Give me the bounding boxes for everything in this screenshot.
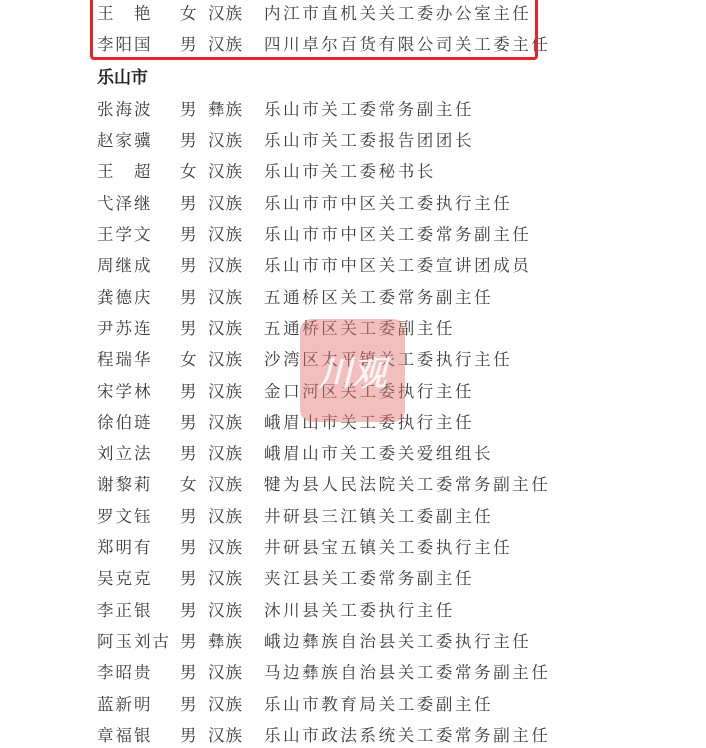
list-row: 张海波男彝族乐山市关工委常务副主任 — [97, 94, 617, 125]
person-name: 罗文钰 — [97, 501, 153, 532]
person-name: 王学文 — [97, 219, 153, 250]
person-name: 刘立法 — [97, 438, 153, 469]
person-ethnicity: 汉族 — [208, 125, 243, 156]
list-row: 吴克克男汉族夹江县关工委常务副主任 — [97, 563, 617, 594]
person-ethnicity: 汉族 — [208, 595, 243, 626]
person-gender: 女 — [180, 469, 197, 500]
person-gender: 男 — [180, 188, 197, 219]
list-row: 章福银男汉族乐山市政法系统关工委常务副主任 — [97, 720, 617, 748]
person-name: 程瑞华 — [97, 344, 153, 375]
person-title: 乐山市关工委常务副主任 — [264, 94, 474, 125]
person-ethnicity: 汉族 — [208, 563, 243, 594]
list-row: 赵家骥男汉族乐山市关工委报告团团长 — [97, 125, 617, 156]
list-row: 李正银男汉族沐川县关工委执行主任 — [97, 595, 617, 626]
person-name: 李正银 — [97, 595, 153, 626]
person-gender: 男 — [180, 563, 197, 594]
person-gender: 女 — [180, 156, 197, 187]
person-gender: 男 — [180, 376, 197, 407]
person-gender: 男 — [180, 657, 197, 688]
person-name: 吴克克 — [97, 563, 153, 594]
list-row: 王 超女汉族乐山市关工委秘书长 — [97, 156, 617, 187]
person-ethnicity: 汉族 — [208, 720, 243, 748]
person-name: 弋泽继 — [97, 188, 153, 219]
person-gender: 男 — [180, 313, 197, 344]
person-gender: 男 — [180, 438, 197, 469]
person-gender: 男 — [180, 501, 197, 532]
person-ethnicity: 彝族 — [208, 626, 243, 657]
person-title: 五通桥区关工委常务副主任 — [264, 282, 493, 313]
list-row: 阿玉刘古男彝族峨边彝族自治县关工委执行主任 — [97, 626, 617, 657]
person-gender: 男 — [180, 125, 197, 156]
person-name: 蓝新明 — [97, 689, 153, 720]
person-ethnicity: 汉族 — [208, 469, 243, 500]
list-row: 蓝新明男汉族乐山市教育局关工委副主任 — [97, 689, 617, 720]
list-row: 周继成男汉族乐山市市中区关工委宣讲团成员 — [97, 250, 617, 281]
person-title: 沐川县关工委执行主任 — [264, 595, 455, 626]
list-row: 龚德庆男汉族五通桥区关工委常务副主任 — [97, 282, 617, 313]
person-name: 郑明有 — [97, 532, 153, 563]
person-title: 井研县宝五镇关工委执行主任 — [264, 532, 512, 563]
person-gender: 女 — [180, 344, 197, 375]
list-row: 谢黎莉女汉族犍为县人民法院关工委常务副主任 — [97, 469, 617, 500]
person-name: 尹苏连 — [97, 313, 153, 344]
person-ethnicity: 汉族 — [208, 657, 243, 688]
watermark-text: 川观 — [319, 346, 387, 395]
person-gender: 男 — [180, 282, 197, 313]
person-ethnicity: 汉族 — [208, 438, 243, 469]
person-gender: 男 — [180, 219, 197, 250]
person-name: 龚德庆 — [97, 282, 153, 313]
person-ethnicity: 汉族 — [208, 407, 243, 438]
person-ethnicity: 汉族 — [208, 219, 243, 250]
person-title: 犍为县人民法院关工委常务副主任 — [264, 469, 551, 500]
list-row: 李昭贵男汉族马边彝族自治县关工委常务副主任 — [97, 657, 617, 688]
person-gender: 男 — [180, 94, 197, 125]
list-row: 郑明有男汉族井研县宝五镇关工委执行主任 — [97, 532, 617, 563]
person-ethnicity: 汉族 — [208, 156, 243, 187]
person-name: 李昭贵 — [97, 657, 153, 688]
person-name: 阿玉刘古 — [97, 626, 171, 657]
person-title: 乐山市教育局关工委副主任 — [264, 689, 493, 720]
person-title: 峨边彝族自治县关工委执行主任 — [264, 626, 531, 657]
highlight-box — [90, 0, 538, 60]
list-row: 王学文男汉族乐山市市中区关工委常务副主任 — [97, 219, 617, 250]
person-gender: 男 — [180, 407, 197, 438]
person-gender: 男 — [180, 720, 197, 748]
person-name: 王 超 — [97, 156, 153, 187]
person-title: 井研县三江镇关工委副主任 — [264, 501, 493, 532]
list-row: 罗文钰男汉族井研县三江镇关工委副主任 — [97, 501, 617, 532]
section-heading-leshan: 乐山市 — [97, 63, 617, 94]
person-ethnicity: 汉族 — [208, 532, 243, 563]
person-title: 峨眉山市关工委关爱组组长 — [264, 438, 493, 469]
person-name: 张海波 — [97, 94, 153, 125]
person-ethnicity: 汉族 — [208, 501, 243, 532]
person-title: 夹江县关工委常务副主任 — [264, 563, 474, 594]
person-ethnicity: 汉族 — [208, 376, 243, 407]
person-title: 乐山市市中区关工委执行主任 — [264, 188, 512, 219]
person-ethnicity: 汉族 — [208, 250, 243, 281]
person-gender: 男 — [180, 532, 197, 563]
person-gender: 男 — [180, 250, 197, 281]
person-name: 谢黎莉 — [97, 469, 153, 500]
list-row: 弋泽继男汉族乐山市市中区关工委执行主任 — [97, 188, 617, 219]
person-name: 宋学林 — [97, 376, 153, 407]
person-ethnicity: 汉族 — [208, 344, 243, 375]
person-gender: 男 — [180, 689, 197, 720]
person-title: 乐山市关工委报告团团长 — [264, 125, 474, 156]
person-ethnicity: 彝族 — [208, 94, 243, 125]
person-title: 乐山市市中区关工委宣讲团成员 — [264, 250, 531, 281]
person-title: 乐山市市中区关工委常务副主任 — [264, 219, 531, 250]
person-ethnicity: 汉族 — [208, 188, 243, 219]
person-name: 赵家骥 — [97, 125, 153, 156]
person-ethnicity: 汉族 — [208, 282, 243, 313]
watermark-logo-icon: 川观 — [300, 319, 405, 422]
person-title: 乐山市政法系统关工委常务副主任 — [264, 720, 551, 748]
person-ethnicity: 汉族 — [208, 313, 243, 344]
person-gender: 男 — [180, 626, 197, 657]
person-name: 周继成 — [97, 250, 153, 281]
list-row: 刘立法男汉族峨眉山市关工委关爱组组长 — [97, 438, 617, 469]
person-ethnicity: 汉族 — [208, 689, 243, 720]
person-name: 徐伯琏 — [97, 407, 153, 438]
person-title: 马边彝族自治县关工委常务副主任 — [264, 657, 551, 688]
person-gender: 男 — [180, 595, 197, 626]
person-title: 乐山市关工委秘书长 — [264, 156, 436, 187]
person-name: 章福银 — [97, 720, 153, 748]
